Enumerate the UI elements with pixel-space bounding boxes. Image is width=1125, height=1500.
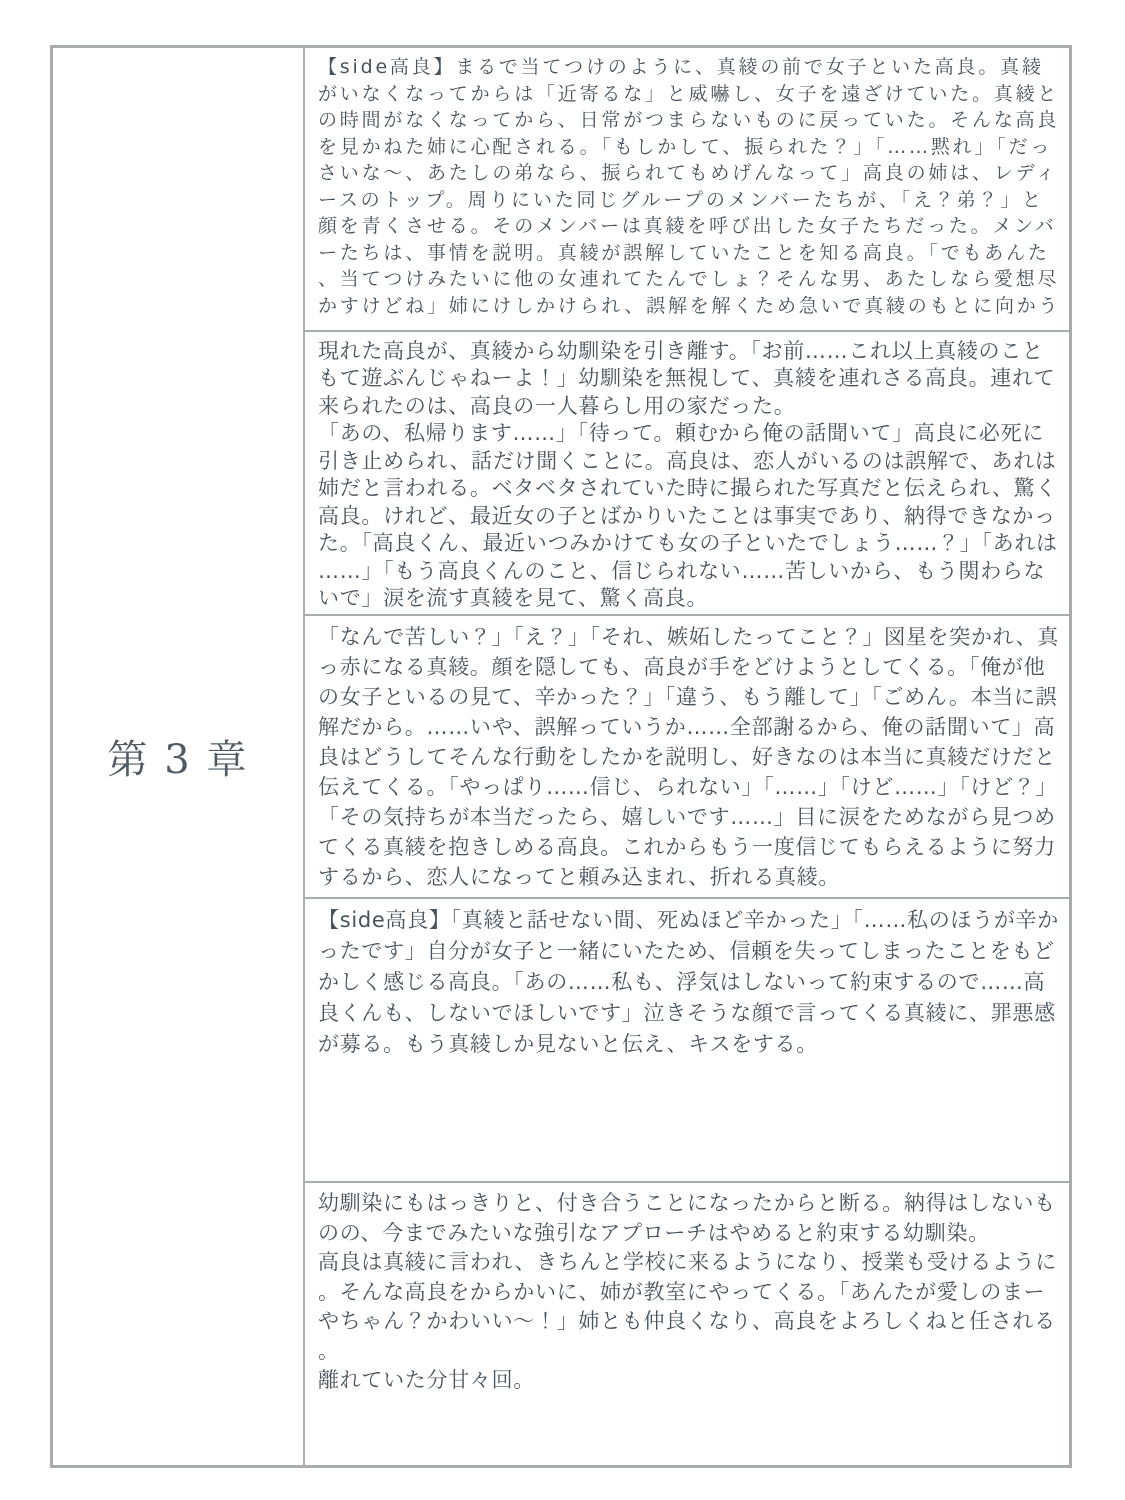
synopsis-rows: 【side高良】まるで当てつけのように、真綾の前で女子といた高良。真綾がいなくな… (305, 48, 1069, 1465)
synopsis-text-3: 「なんで苦しい？」「え？」「それ、嫉妬したってこと？」図星を突かれ、真っ赤になる… (318, 622, 1063, 892)
chapter-synopsis-table: 第 3 章 【side高良】まるで当てつけのように、真綾の前で女子といた高良。真… (50, 45, 1072, 1468)
synopsis-row-1: 【side高良】まるで当てつけのように、真綾の前で女子といた高良。真綾がいなくな… (305, 48, 1069, 332)
chapter-title: 第 3 章 (108, 728, 249, 785)
synopsis-text-2: 現れた高良が、真綾から幼馴染を引き離す。「お前……これ以上真綾のこともて遊ぶんじ… (318, 338, 1063, 613)
synopsis-row-4: 【side高良】「真綾と話せない間、死ぬほど辛かった」「……私のほうが辛かったで… (305, 899, 1069, 1183)
synopsis-text-4: 【side高良】「真綾と話せない間、死ぬほど辛かった」「……私のほうが辛かったで… (318, 905, 1063, 1060)
synopsis-text-1: 【side高良】まるで当てつけのように、真綾の前で女子といた高良。真綾がいなくな… (318, 54, 1063, 332)
synopsis-row-3: 「なんで苦しい？」「え？」「それ、嫉妬したってこと？」図星を突かれ、真っ赤になる… (305, 616, 1069, 900)
synopsis-text-5: 幼馴染にもはっきりと、付き合うことになったからと断る。納得はしないものの、今まで… (318, 1189, 1063, 1396)
page: { "chapter": { "label": "第 3 章" }, "colo… (0, 0, 1125, 1500)
chapter-cell: 第 3 章 (53, 48, 305, 1465)
synopsis-row-2: 現れた高良が、真綾から幼馴染を引き離す。「お前……これ以上真綾のこともて遊ぶんじ… (305, 332, 1069, 616)
synopsis-row-5: 幼馴染にもはっきりと、付き合うことになったからと断る。納得はしないものの、今まで… (305, 1183, 1069, 1465)
